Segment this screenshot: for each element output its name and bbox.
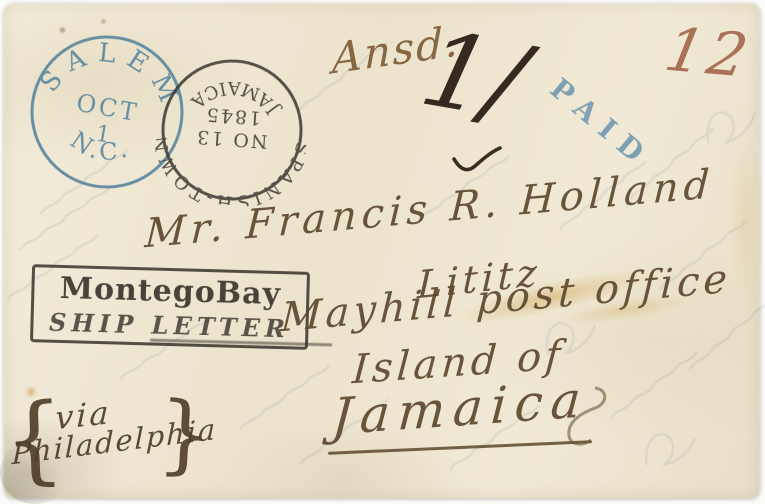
spanish-town-postmark: SPANISH-TOWN NO 13 1845 JAMAICA: [152, 50, 312, 210]
photograph-backdrop: SALEM OCT 1 N.C. SPANISH-TOWN NO 13 1845…: [0, 0, 765, 504]
spanish-town-postmark-date: NO 13: [194, 125, 268, 152]
salem-postmark-month: OCT: [74, 89, 141, 128]
tick-flourish: [448, 145, 508, 185]
rate-number: 12: [660, 20, 756, 87]
ship-letter-handstamp-label: SHIP LETTER: [49, 308, 291, 344]
spanish-town-postmark-year: 1845: [204, 103, 262, 129]
ship-letter-handstamp-town: MontegoBay: [59, 271, 281, 312]
pen-flourish: [555, 382, 615, 452]
ship-letter-handstamp: MontegoBay SHIP LETTER: [30, 264, 310, 350]
routing-brace-right: }: [155, 390, 214, 479]
